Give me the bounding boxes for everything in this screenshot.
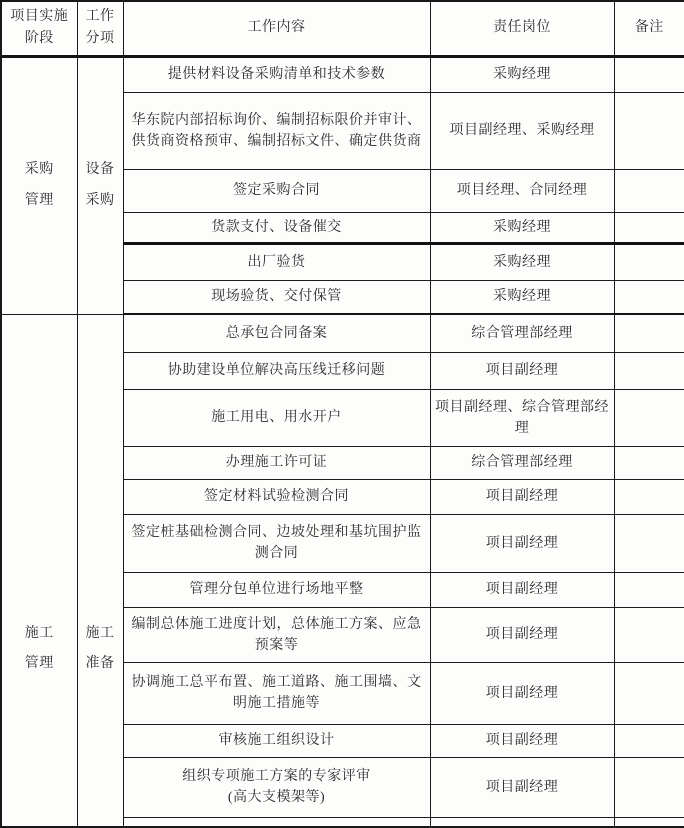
responsible-cell: 项目副经理 <box>430 572 614 607</box>
responsible-cell: 项目副经理 <box>430 479 614 514</box>
work-content-cell <box>123 817 430 827</box>
note-cell <box>614 280 684 314</box>
note-cell <box>614 817 684 827</box>
workitem-cell-equipment-procurement: 设备 采购 <box>77 56 123 314</box>
responsible-cell: 项目副经理 <box>430 607 614 662</box>
responsible-cell: 综合管理部经理 <box>430 446 614 479</box>
work-content-cell: 编制总体施工进度计划，总体施工方案、应急预案等 <box>123 607 430 662</box>
note-cell <box>614 479 684 514</box>
work-content-cell: 审核施工组织设计 <box>123 724 430 757</box>
header-row: 项目实施 阶段 工作 分项 工作内容 责任岗位 备注 <box>1 1 684 56</box>
work-content-cell: 办理施工许可证 <box>123 446 430 479</box>
note-cell <box>614 352 684 389</box>
work-content-cell: 现场验货、交付保管 <box>123 280 430 314</box>
stage-cell-procurement: 采购 管理 <box>1 56 77 314</box>
responsible-cell: 综合管理部经理 <box>430 314 614 352</box>
work-content-cell: 签定桩基础检测合同、边坡处理和基坑围护监测合同 <box>123 514 430 572</box>
project-implementation-table: 项目实施 阶段 工作 分项 工作内容 责任岗位 备注 采购 管理 设备 采购 提… <box>0 0 684 828</box>
note-cell <box>614 757 684 817</box>
work-content-cell: 货款支付、设备催交 <box>123 212 430 243</box>
table-row: 采购 管理 设备 采购 提供材料设备采购清单和技术参数 采购经理 <box>1 56 684 92</box>
workitem-cell-construction-prep: 施工 准备 <box>77 314 123 827</box>
column-header-work-content: 工作内容 <box>123 1 430 56</box>
note-cell <box>614 56 684 92</box>
note-cell <box>614 389 684 446</box>
note-cell <box>614 446 684 479</box>
stage-cell-construction: 施工 管理 <box>1 314 77 827</box>
note-cell <box>614 514 684 572</box>
responsible-cell: 项目副经理、综合管理部经理 <box>430 389 614 446</box>
responsible-cell: 项目副经理 <box>430 724 614 757</box>
table-row: 施工 管理 施工 准备 总承包合同备案 综合管理部经理 <box>1 314 684 352</box>
responsible-cell: 项目副经理 <box>430 352 614 389</box>
column-header-note: 备注 <box>614 1 684 56</box>
note-cell <box>614 169 684 212</box>
work-content-cell: 签定材料试验检测合同 <box>123 479 430 514</box>
note-cell <box>614 243 684 280</box>
column-header-work-item: 工作 分项 <box>77 1 123 56</box>
work-content-cell: 提供材料设备采购清单和技术参数 <box>123 56 430 92</box>
work-content-cell: 华东院内部招标询价、编制招标限价并审计、供货商资格预审、编制招标文件、确定供货商 <box>123 92 430 169</box>
note-cell <box>614 314 684 352</box>
responsible-cell: 项目经理、合同经理 <box>430 169 614 212</box>
note-cell <box>614 724 684 757</box>
responsible-cell: 项目副经理 <box>430 757 614 817</box>
note-cell <box>614 607 684 662</box>
column-header-responsible: 责任岗位 <box>430 1 614 56</box>
responsible-cell: 项目副经理、采购经理 <box>430 92 614 169</box>
work-content-cell: 协助建设单位解决高压线迁移问题 <box>123 352 430 389</box>
work-content-cell: 组织专项施工方案的专家评审 (高大支模架等) <box>123 757 430 817</box>
note-cell <box>614 572 684 607</box>
note-cell <box>614 212 684 243</box>
scanned-document-page: 项目实施 阶段 工作 分项 工作内容 责任岗位 备注 采购 管理 设备 采购 提… <box>0 0 684 828</box>
responsible-cell: 项目副经理 <box>430 514 614 572</box>
work-content-cell: 管理分包单位进行场地平整 <box>123 572 430 607</box>
work-content-cell: 签定采购合同 <box>123 169 430 212</box>
work-content-cell: 总承包合同备案 <box>123 314 430 352</box>
responsible-cell: 采购经理 <box>430 243 614 280</box>
note-cell <box>614 662 684 724</box>
work-content-cell: 协调施工总平布置、施工道路、施工围墙、文明施工措施等 <box>123 662 430 724</box>
column-header-stage: 项目实施 阶段 <box>1 1 77 56</box>
responsible-cell <box>430 817 614 827</box>
work-content-cell: 施工用电、用水开户 <box>123 389 430 446</box>
note-cell <box>614 92 684 169</box>
responsible-cell: 采购经理 <box>430 56 614 92</box>
responsible-cell: 采购经理 <box>430 280 614 314</box>
responsible-cell: 项目副经理 <box>430 662 614 724</box>
work-content-cell: 出厂验货 <box>123 243 430 280</box>
responsible-cell: 采购经理 <box>430 212 614 243</box>
